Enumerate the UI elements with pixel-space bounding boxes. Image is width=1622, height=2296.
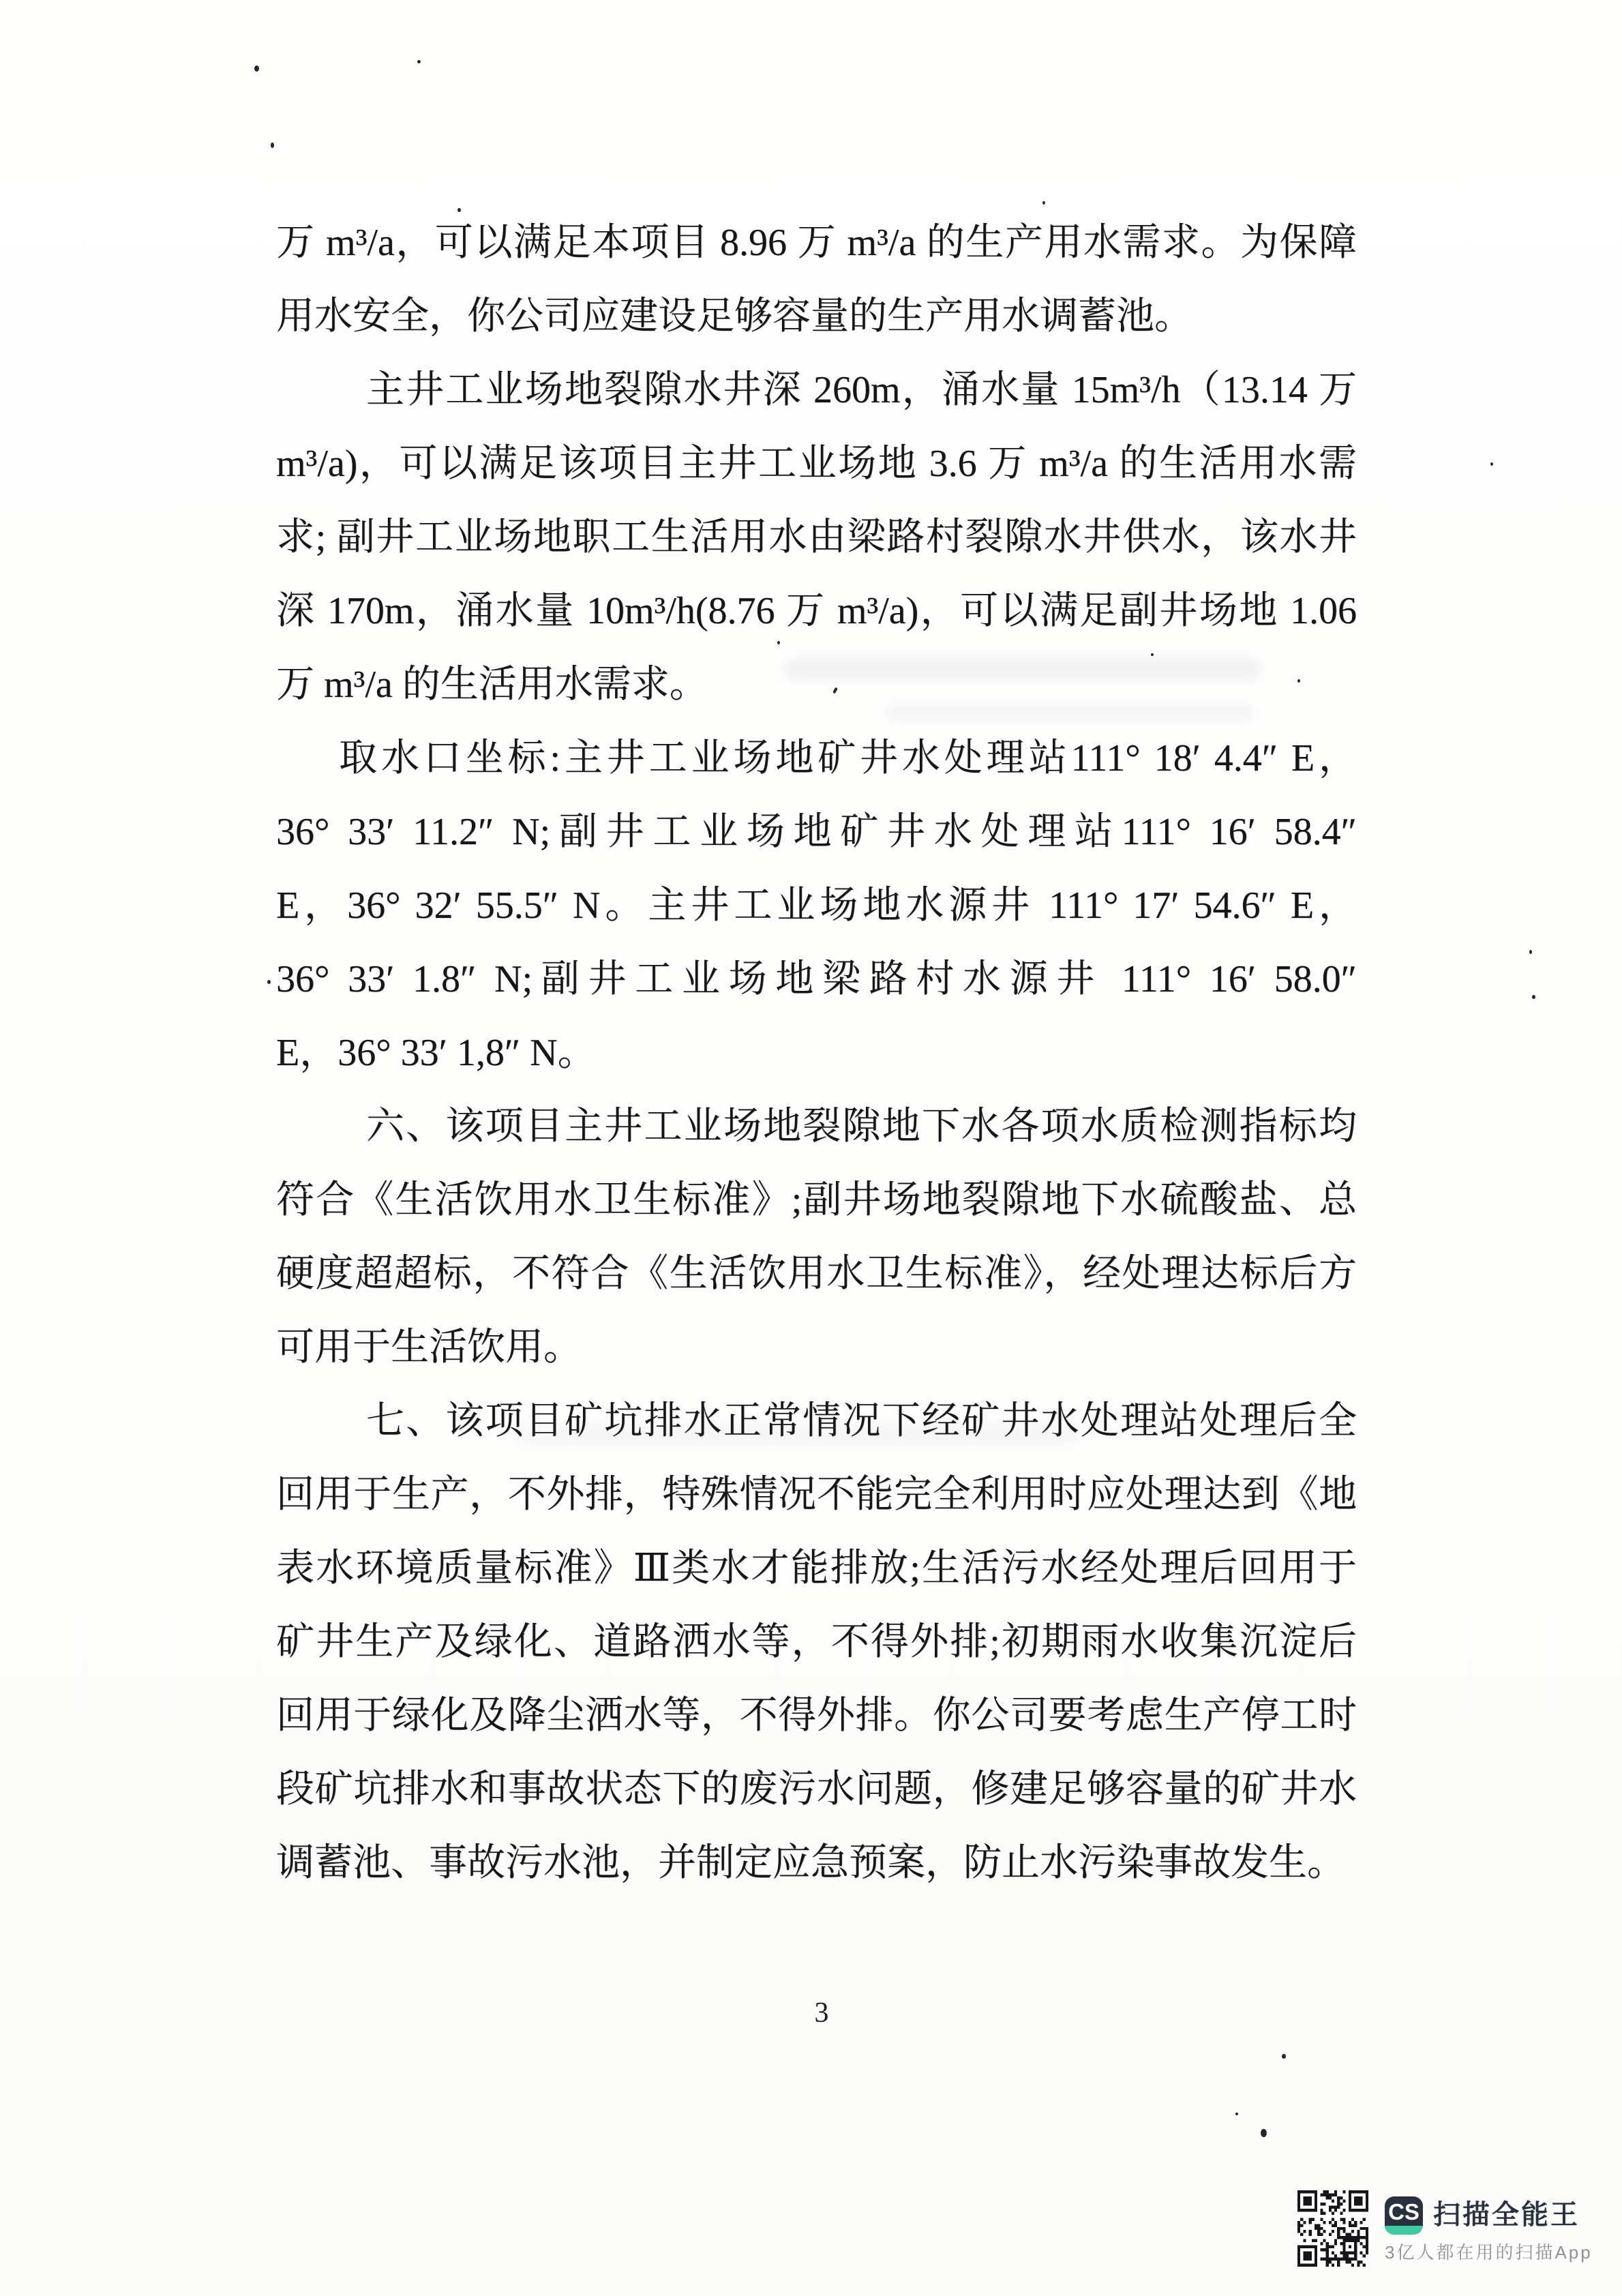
doc-line: 用水安全，你公司应建设足够容量的生产用水调蓄池。 <box>276 280 1357 353</box>
qr-code-svg <box>1297 2190 1368 2267</box>
doc-line: 万 m³/a，可以满足本项目 8.96 万 m³/a 的生产用水需求。为保障 <box>276 206 1357 280</box>
scanned-page: 万 m³/a，可以满足本项目 8.96 万 m³/a 的生产用水需求。为保障 用… <box>0 0 1622 2296</box>
scan-smudge <box>886 704 1255 721</box>
scan-speck <box>254 65 259 72</box>
scan-speck <box>777 641 780 644</box>
scan-speck <box>1042 201 1045 205</box>
scan-speck <box>457 208 461 212</box>
scan-speck <box>417 60 421 63</box>
doc-line: 取水口坐标:主井工业场地矿井水处理站111° 18′ 4.4″ E， <box>276 721 1357 795</box>
document-text: 万 m³/a，可以满足本项目 8.96 万 m³/a 的生产用水需求。为保障 用… <box>276 206 1357 1900</box>
doc-line: 硬度超超标，不符合《生活饮用水卫生标准》，经处理达标后方 <box>276 1237 1357 1311</box>
doc-line: 六、该项目主井工业场地裂隙地下水各项水质检测指标均 <box>276 1090 1357 1163</box>
doc-line: E，36° 32′ 55.5″ N。主井工业场地水源井 111° 17′ 54.… <box>276 869 1357 942</box>
scan-speck <box>1151 653 1154 656</box>
cs-logo-text: CS <box>1385 2197 1423 2226</box>
scan-speck <box>1235 2113 1238 2115</box>
scan-smudge <box>518 1425 1077 1444</box>
doc-line: 段矿坑排水和事故状态下的废污水问题，修建足够容量的矿井水 <box>276 1753 1357 1826</box>
page-number: 3 <box>0 1997 1622 2029</box>
doc-line: 矿井生产及绿化、道路洒水等，不得外排;初期雨水收集沉淀后 <box>276 1605 1357 1679</box>
scan-speck <box>1529 950 1532 954</box>
doc-line: 符合《生活饮用水卫生标准》;副井场地裂隙地下水硫酸盐、总 <box>276 1163 1357 1237</box>
cs-logo: CS <box>1385 2196 1423 2235</box>
cs-logo-teal-band <box>1385 2226 1423 2235</box>
doc-line: E，36° 33′ 1,8″ N。 <box>276 1016 1357 1090</box>
doc-line: m³/a)，可以满足该项目主井工业场地 3.6 万 m³/a 的生活用水需 <box>276 427 1357 501</box>
scanner-app-tagline: 3亿人都在用的扫描App <box>1385 2242 1593 2263</box>
scan-speck <box>1532 995 1535 999</box>
scan-speck <box>267 980 271 984</box>
doc-line: 回用于绿化及降尘洒水等，不得外排。你公司要考虑生产停工时 <box>276 1679 1357 1753</box>
doc-line: 回用于生产，不外排，特殊情况不能完全利用时应处理达到《地 <box>276 1458 1357 1532</box>
doc-line: 可用于生活饮用。 <box>276 1311 1357 1384</box>
doc-line: 七、该项目矿坑排水正常情况下经矿井水处理站处理后全部 <box>276 1384 1357 1458</box>
scanner-app-name: 扫描全能王 <box>1433 2200 1580 2230</box>
doc-line: 表水环境质量标准》Ⅲ类水才能排放;生活污水经处理后回用于 <box>276 1532 1357 1605</box>
doc-line: 主井工业场地裂隙水井深 260m，涌水量 15m³/h（13.14 万 <box>276 353 1357 427</box>
qr-code <box>1297 2190 1368 2267</box>
scan-speck <box>1490 462 1493 466</box>
scan-speck <box>1297 679 1300 683</box>
scan-speck <box>271 143 274 148</box>
doc-line: 36° 33′ 1.8″ N;副井工业场地梁路村水源井 111° 16′ 58.… <box>276 942 1357 1016</box>
doc-line: 调蓄池、事故污水池，并制定应急预案，防止水污染事故发生。 <box>276 1826 1357 1900</box>
doc-line: 深 170m，涌水量 10m³/h(8.76 万 m³/a)，可以满足副井场地 … <box>276 574 1357 648</box>
scan-smudge <box>784 658 1261 680</box>
scan-speck <box>1282 2054 1286 2059</box>
doc-line: 36° 33′ 11.2″ N;副井工业场地矿井水处理站111° 16′ 58.… <box>276 795 1357 869</box>
scan-speck <box>1261 2129 1267 2137</box>
doc-line: 求; 副井工业场地职工生活用水由梁路村裂隙水井供水，该水井 <box>276 501 1357 574</box>
